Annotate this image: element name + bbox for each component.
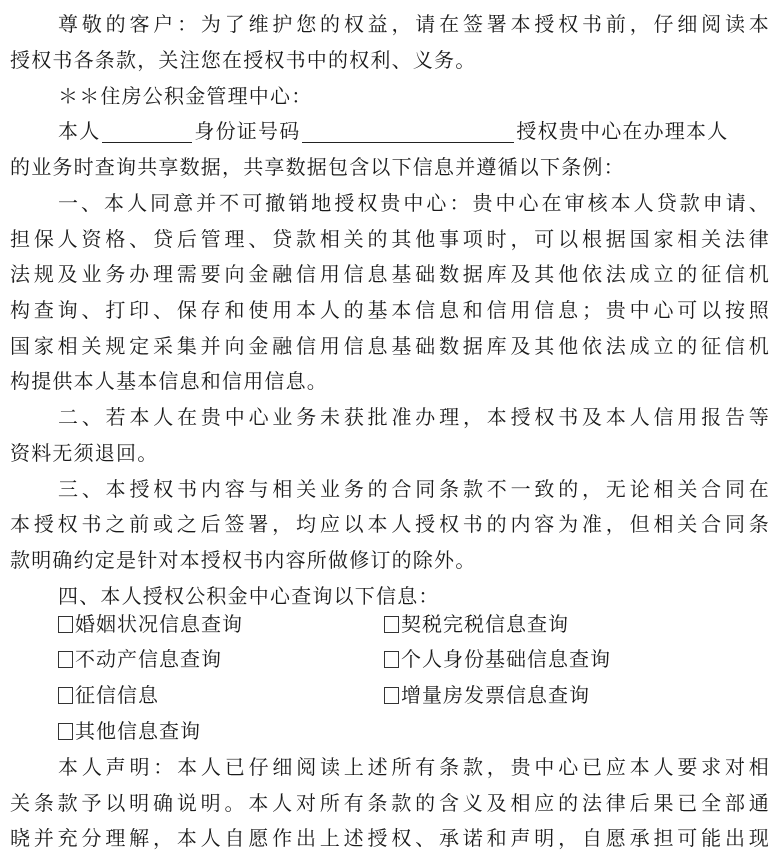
clause2-line: 二、若本人在贵中心业务未获批准办理，本授权书及本人信用报告等 [58,405,770,429]
checkbox[interactable] [384,687,399,704]
clause1-line: 一、本人同意并不可撤销地授权贵中心：贵中心在审核本人贷款申请、 [58,191,770,215]
option-label: 不动产信息查询 [75,647,222,671]
declaration-line: 本人声明：本人已仔细阅读上述所有条款，贵中心已应本人要求对相 [58,755,770,779]
option-label: 其他信息查询 [75,719,201,743]
intro-line-2: 授权书各条款，关注您在授权书中的权利、义务。 [10,48,770,72]
id-label: 身份证号码 [194,119,300,143]
applicant-line-2: 的业务时查询共享数据，共享数据包含以下信息并遵循以下条例： [10,155,770,179]
clause3-line: 款明确约定是针对本授权书内容所做修订的除外。 [10,548,770,572]
option-label: 契税完税信息查询 [401,612,569,636]
clause1-line: 法规及业务办理需要向金融信用信息基础数据库及其他依法成立的征信机 [10,262,770,286]
applicant-suffix: 授权贵中心在办理本人 [516,119,728,143]
option-new-house-invoice-info[interactable]: 增量房发票信息查询 [384,683,590,707]
intro-line-1: 尊敬的客户：为了维护您的权益，请在签署本授权书前，仔细阅读本 [58,12,770,36]
checkbox[interactable] [384,616,399,633]
option-credit-info[interactable]: 征信信息 [58,683,159,707]
declaration-line: 关条款予以明确说明。本人对所有条款的含义及相应的法律后果已全部通 [10,791,770,815]
checkbox[interactable] [58,616,73,633]
clause4-title: 四、本人授权公积金中心查询以下信息： [58,584,770,608]
option-label: 个人身份基础信息查询 [401,647,611,671]
option-label: 增量房发票信息查询 [401,683,590,707]
clause1-line: 担保人资格、贷后管理、贷款相关的其他事项时，可以根据国家相关法律 [10,227,770,251]
clause3-line: 本授权书之前或之后签署，均应以本人授权书的内容为准，但相关合同条 [10,512,770,536]
option-label: 婚姻状况信息查询 [75,612,243,636]
applicant-prefix: 本人 [58,119,100,143]
checkbox[interactable] [58,723,73,740]
name-blank-field[interactable] [102,122,192,143]
option-other-info[interactable]: 其他信息查询 [58,719,201,743]
checkbox[interactable] [58,651,73,668]
option-identity-info[interactable]: 个人身份基础信息查询 [384,647,611,671]
declaration-line: 晓并充分理解，本人自愿作出上述授权、承诺和声明，自愿承担可能出现 [10,826,770,850]
id-number-blank-field[interactable] [302,122,514,143]
applicant-line: 本人身份证号码授权贵中心在办理本人 [58,119,770,143]
checkbox[interactable] [58,687,73,704]
option-deed-tax-info[interactable]: 契税完税信息查询 [384,612,569,636]
option-marriage-info[interactable]: 婚姻状况信息查询 [58,612,243,636]
option-label: 征信信息 [75,683,159,707]
clause1-line: 构提供本人基本信息和信用信息。 [10,369,770,393]
addressee: ＊＊住房公积金管理中心： [58,84,770,108]
authorization-document: 尊敬的客户：为了维护您的权益，请在签署本授权书前，仔细阅读本 授权书各条款，关注… [0,0,779,862]
option-real-estate-info[interactable]: 不动产信息查询 [58,647,222,671]
clause3-line: 三、本授权书内容与相关业务的合同条款不一致的，无论相关合同在 [58,477,770,501]
checkbox[interactable] [384,651,399,668]
clause1-line: 构查询、打印、保存和使用本人的基本信息和信用信息；贵中心可以按照 [10,298,770,322]
clause1-line: 国家相关规定采集并向金融信用信息基础数据库及其他依法成立的征信机 [10,334,770,358]
clause2-line: 资料无须退回。 [10,441,770,465]
